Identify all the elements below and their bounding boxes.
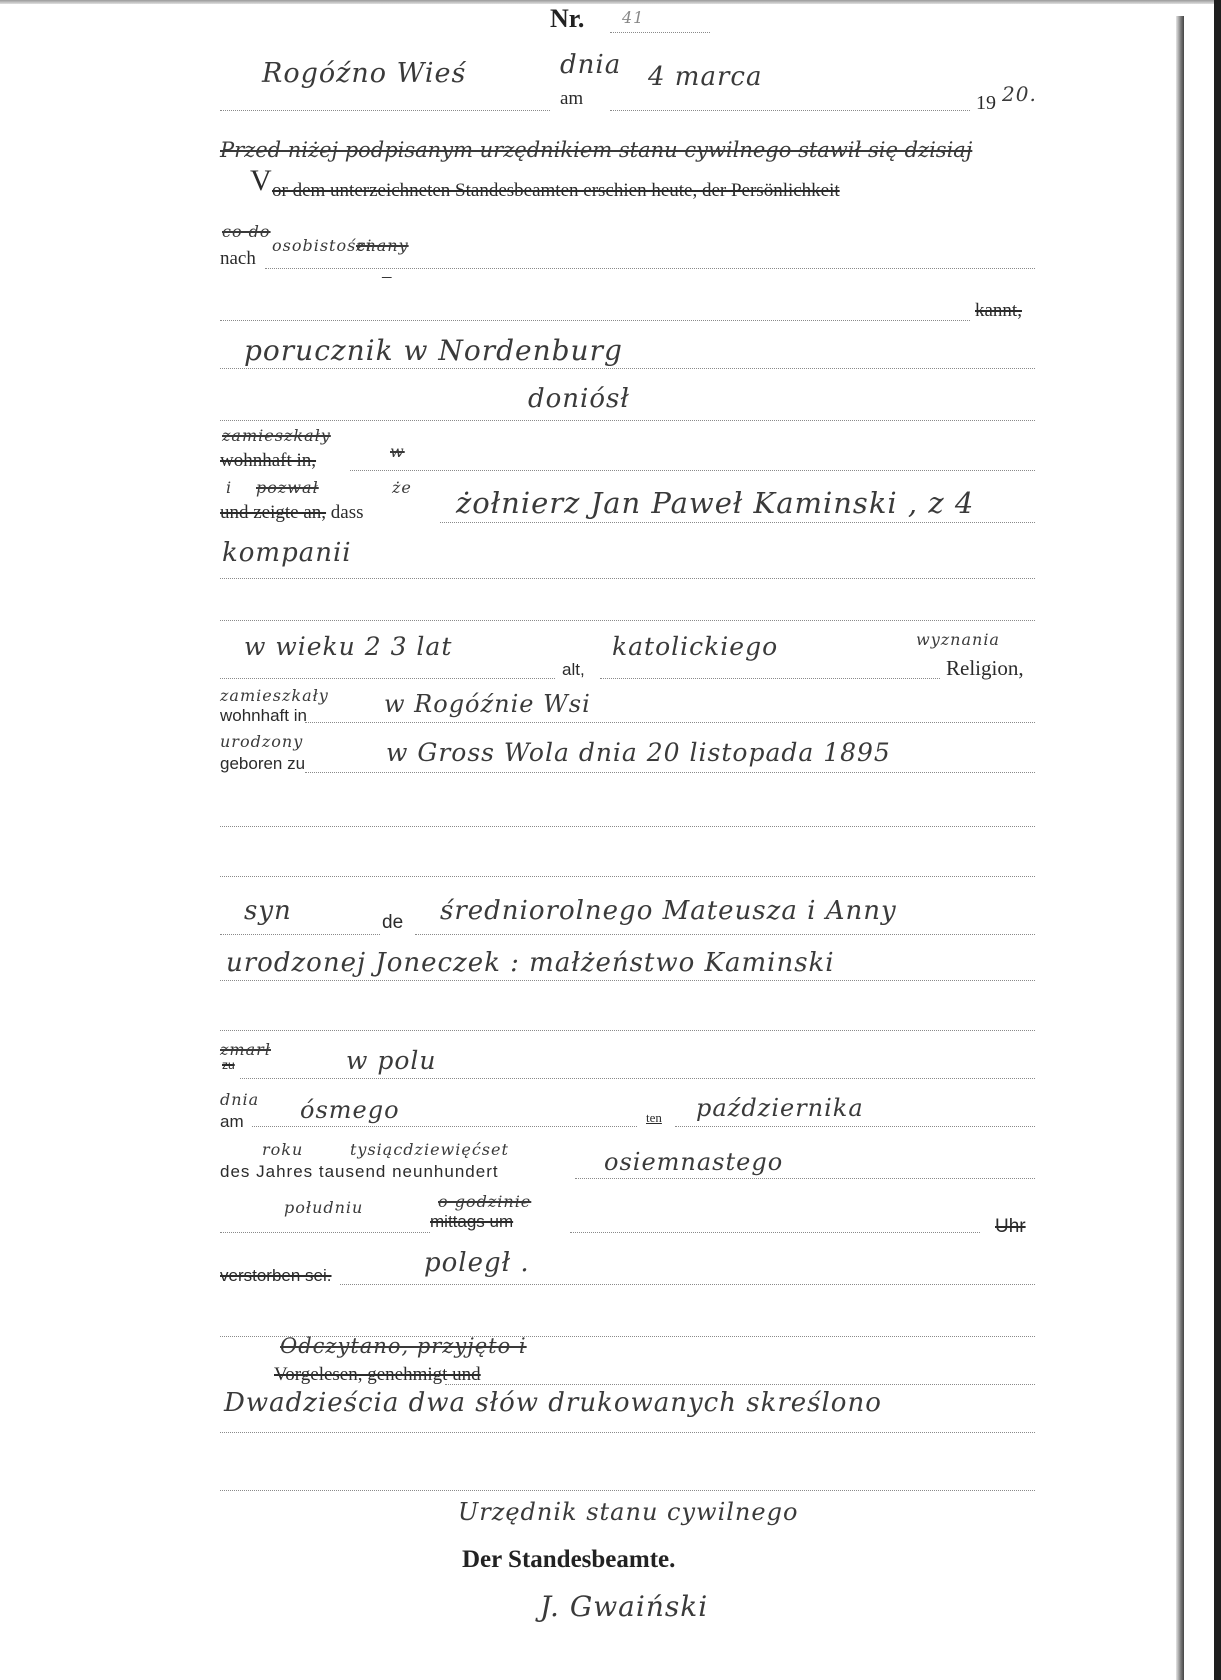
death-day-line [252, 1126, 637, 1127]
zu-label: zu [222, 1058, 235, 1072]
informant-value-2: doniósł [528, 384, 630, 414]
year-suffix: 20. [1002, 82, 1037, 106]
wohnhaft-hand-2: w [390, 442, 405, 461]
verstorben-value: poległ . [424, 1248, 530, 1278]
jahres-hand-2: tysiącdziewięćset [350, 1140, 509, 1159]
death-year-line [575, 1178, 1035, 1179]
son-hand: syn [244, 896, 292, 926]
jahres-label: des Jahres tausend neunhundert [220, 1162, 499, 1182]
age-line [220, 678, 555, 679]
und-hand-1: i [226, 478, 232, 497]
kannt-label: kannt, [975, 300, 1022, 322]
wohnhaft-hand: zamieszkały [222, 426, 331, 445]
mittags-label: mittags um [430, 1212, 513, 1232]
religion-value: katolickiego [612, 632, 778, 661]
residence-value: w Rogóźnie Wsi [384, 690, 591, 718]
death-year: osiemnastego [604, 1148, 783, 1176]
age-value: w wieku 2 3 lat [244, 632, 452, 661]
zu-hand: zmarł [220, 1040, 271, 1059]
official-title: Der Standesbeamte. [462, 1546, 675, 1574]
read-label: Vorgelesen, genehmigt und [274, 1364, 481, 1386]
date-am-label: am [560, 88, 583, 110]
death-day: ósmego [300, 1096, 400, 1124]
uhr-label: Uhr [995, 1216, 1026, 1238]
place-value: Rogóźno Wieś [262, 58, 466, 89]
wohnhaft-top-line [220, 420, 1035, 421]
time-hand-1: południu [284, 1198, 363, 1217]
und-hand-2: pozwał [256, 478, 319, 497]
parents-line-2-rule [220, 980, 1035, 981]
de-label: de [382, 912, 403, 934]
nach-line [265, 268, 1035, 269]
religion-line [600, 678, 940, 679]
informant-line [220, 368, 1035, 369]
german-preamble: or dem unterzeichneten Standesbeamten er… [272, 180, 840, 202]
residence-label: wohnhaft in [220, 706, 307, 726]
time-line-left [220, 1232, 430, 1233]
polish-preamble: Przed niżej podpisanym urzędnikiem stanu… [220, 138, 972, 162]
am-hand: dnia [220, 1090, 259, 1109]
death-place-line [240, 1078, 1035, 1079]
deceased-line-2: kompanii [222, 538, 352, 568]
date-line [610, 110, 970, 111]
born-hand-label: urodzony [220, 732, 303, 751]
preamble-initial: V [250, 164, 272, 198]
date-value: 4 marca [648, 62, 762, 92]
nach-hand-2: znany [356, 236, 409, 255]
time-line-right [570, 1232, 980, 1233]
ten-label: ten [646, 1110, 662, 1126]
am-label: am [220, 1112, 244, 1132]
wohnhaft-line [350, 470, 1035, 471]
scan-top-edge [0, 0, 1221, 4]
read-line [445, 1384, 1035, 1385]
alt-label: alt, [562, 660, 585, 680]
religion-hand-2: wyznania [916, 630, 1000, 649]
deceased-line-1: żołnierz Jan Paweł Kaminski , z 4 [456, 486, 974, 520]
dash-mark: – [382, 266, 392, 288]
note-line [220, 1432, 1035, 1433]
death-top-line [220, 1030, 1035, 1031]
parents-line-1: średniorolnego Mateusza i Anny [440, 896, 897, 926]
note-line-2 [220, 1490, 1035, 1491]
parents-line [415, 934, 1035, 935]
nach-label: nach [220, 248, 256, 270]
official-hand: Urzędnik stanu cywilnego [458, 1498, 798, 1526]
time-hand-2: o godzinie [438, 1192, 531, 1211]
ze-hand: że [392, 478, 412, 497]
born-label: geboren zu [220, 754, 305, 774]
parents-line-2: urodzonej Joneczek : małżeństwo Kaminski [226, 948, 835, 978]
deceased-line [440, 522, 1035, 523]
number-line [610, 32, 710, 33]
informant-value: porucznik w Nordenburg [244, 334, 623, 367]
date-day-hand: dnia [560, 50, 621, 80]
und-label-1: und zeigte an, dass [220, 502, 364, 524]
born-line [305, 772, 1035, 773]
scan-binding-shadow [1176, 16, 1184, 1680]
son-line [220, 934, 380, 935]
und-label-struck: und zeigte an, [220, 502, 326, 523]
scan-right-edge [1214, 0, 1221, 1680]
record-number-label: Nr. [550, 4, 584, 34]
verstorben-line [340, 1284, 1035, 1285]
place-line [220, 110, 550, 111]
death-month: października [696, 1094, 864, 1122]
nach-hand-struck: co do [222, 222, 271, 241]
born-line-2 [220, 826, 1035, 827]
death-place: w polu [346, 1046, 437, 1075]
jahres-hand-1: roku [262, 1140, 303, 1159]
residence-hand-label: zamieszkały [220, 686, 329, 705]
kannt-line [220, 320, 970, 321]
wohnhaft-label: wohnhaft in, [220, 450, 316, 472]
death-month-line [675, 1126, 1035, 1127]
record-number-value: 41 [622, 8, 644, 27]
year-prefix: 19 [976, 92, 996, 115]
struck-words-note: Dwadzieścia dwa słów drukowanych skreślo… [224, 1388, 882, 1418]
parents-top-line [220, 876, 1035, 877]
residence-line [305, 722, 1035, 723]
und-label-dass: dass [331, 502, 364, 523]
verstorben-label: verstorben sei. [220, 1266, 332, 1286]
age-top-line [220, 620, 1035, 621]
deceased-line-2-rule [220, 578, 1035, 579]
official-signature: J. Gwaiński [540, 1590, 708, 1623]
read-hand: Odczytano, przyjęto i [280, 1334, 527, 1358]
born-value: w Gross Wola dnia 20 listopada 1895 [386, 738, 891, 767]
religion-label: Religion, [946, 656, 1024, 681]
